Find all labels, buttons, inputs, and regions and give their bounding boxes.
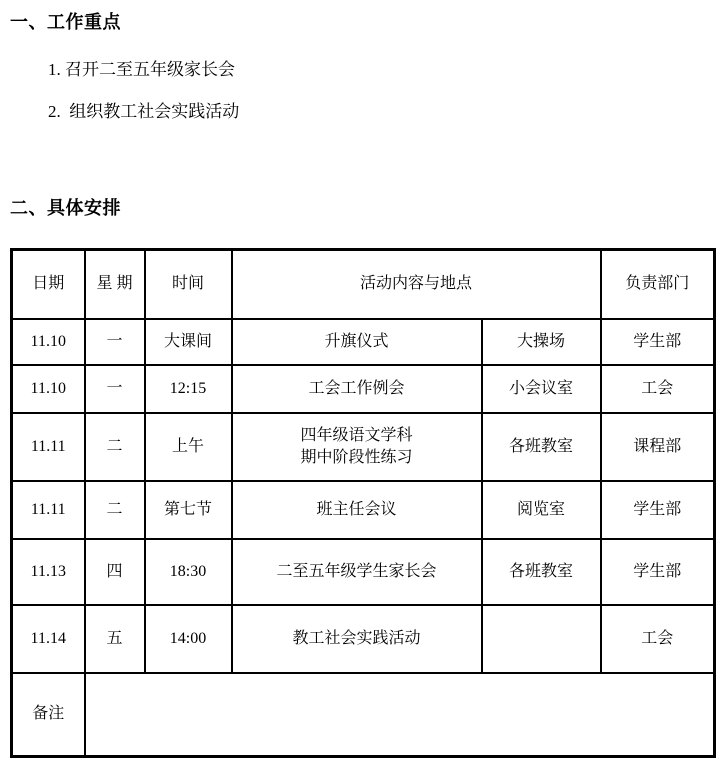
- cell-date: 11.10: [12, 365, 85, 413]
- table-row: 11.10 一 12:15 工会工作例会 小会议室 工会: [12, 365, 715, 413]
- schedule-table: 日期 星 期 时间 活动内容与地点 负责部门 11.10 一 大课间 升旗仪式 …: [10, 248, 716, 758]
- remarks-value-cell: [85, 673, 715, 757]
- col-header-time: 时间: [145, 250, 232, 319]
- cell-location: 各班教室: [482, 539, 601, 605]
- cell-activity: 工会工作例会: [232, 365, 482, 413]
- cell-location: 小会议室: [482, 365, 601, 413]
- cell-department: 学生部: [601, 481, 715, 539]
- cell-time: 上午: [145, 413, 232, 481]
- cell-location: [482, 605, 601, 673]
- section-heading-arrangements: 二、具体安排: [10, 196, 722, 220]
- cell-location: 各班教室: [482, 413, 601, 481]
- table-row: 11.13 四 18:30 二至五年级学生家长会 各班教室 学生部: [12, 539, 715, 605]
- cell-department: 学生部: [601, 319, 715, 365]
- cell-date: 11.10: [12, 319, 85, 365]
- cell-weekday: 一: [85, 319, 145, 365]
- cell-time: 大课间: [145, 319, 232, 365]
- cell-department: 工会: [601, 605, 715, 673]
- cell-time: 18:30: [145, 539, 232, 605]
- table-row: 11.11 二 第七节 班主任会议 阅览室 学生部: [12, 481, 715, 539]
- cell-weekday: 一: [85, 365, 145, 413]
- cell-activity: 教工社会实践活动: [232, 605, 482, 673]
- cell-department: 课程部: [601, 413, 715, 481]
- remarks-row: 备注: [12, 673, 715, 757]
- cell-location: 大操场: [482, 319, 601, 365]
- cell-activity: 二至五年级学生家长会: [232, 539, 482, 605]
- col-header-weekday: 星 期: [85, 250, 145, 319]
- col-header-date: 日期: [12, 250, 85, 319]
- cell-weekday: 五: [85, 605, 145, 673]
- table-header-row: 日期 星 期 时间 活动内容与地点 负责部门: [12, 250, 715, 319]
- list-item-social-practice: 2. 组织教工社会实践活动: [10, 100, 722, 124]
- section-heading-work-focus: 一、工作重点: [10, 10, 722, 34]
- col-header-activity-location: 活动内容与地点: [232, 250, 601, 319]
- cell-time: 12:15: [145, 365, 232, 413]
- cell-date: 11.14: [12, 605, 85, 673]
- remarks-label-cell: 备注: [12, 673, 85, 757]
- cell-date: 11.11: [12, 413, 85, 481]
- cell-date: 11.11: [12, 481, 85, 539]
- table-row: 11.11 二 上午 四年级语文学科 期中阶段性练习 各班教室 课程部: [12, 413, 715, 481]
- list-item-parents-meeting: 1. 召开二至五年级家长会: [10, 58, 722, 82]
- cell-activity: 班主任会议: [232, 481, 482, 539]
- cell-time: 第七节: [145, 481, 232, 539]
- cell-department: 学生部: [601, 539, 715, 605]
- table-row: 11.14 五 14:00 教工社会实践活动 工会: [12, 605, 715, 673]
- cell-department: 工会: [601, 365, 715, 413]
- cell-weekday: 四: [85, 539, 145, 605]
- cell-activity: 四年级语文学科 期中阶段性练习: [232, 413, 482, 481]
- table-row: 11.10 一 大课间 升旗仪式 大操场 学生部: [12, 319, 715, 365]
- cell-weekday: 二: [85, 481, 145, 539]
- cell-location: 阅览室: [482, 481, 601, 539]
- col-header-department: 负责部门: [601, 250, 715, 319]
- cell-activity: 升旗仪式: [232, 319, 482, 365]
- cell-time: 14:00: [145, 605, 232, 673]
- document-page: 一、工作重点 1. 召开二至五年级家长会 2. 组织教工社会实践活动 二、具体安…: [0, 0, 722, 758]
- cell-weekday: 二: [85, 413, 145, 481]
- cell-date: 11.13: [12, 539, 85, 605]
